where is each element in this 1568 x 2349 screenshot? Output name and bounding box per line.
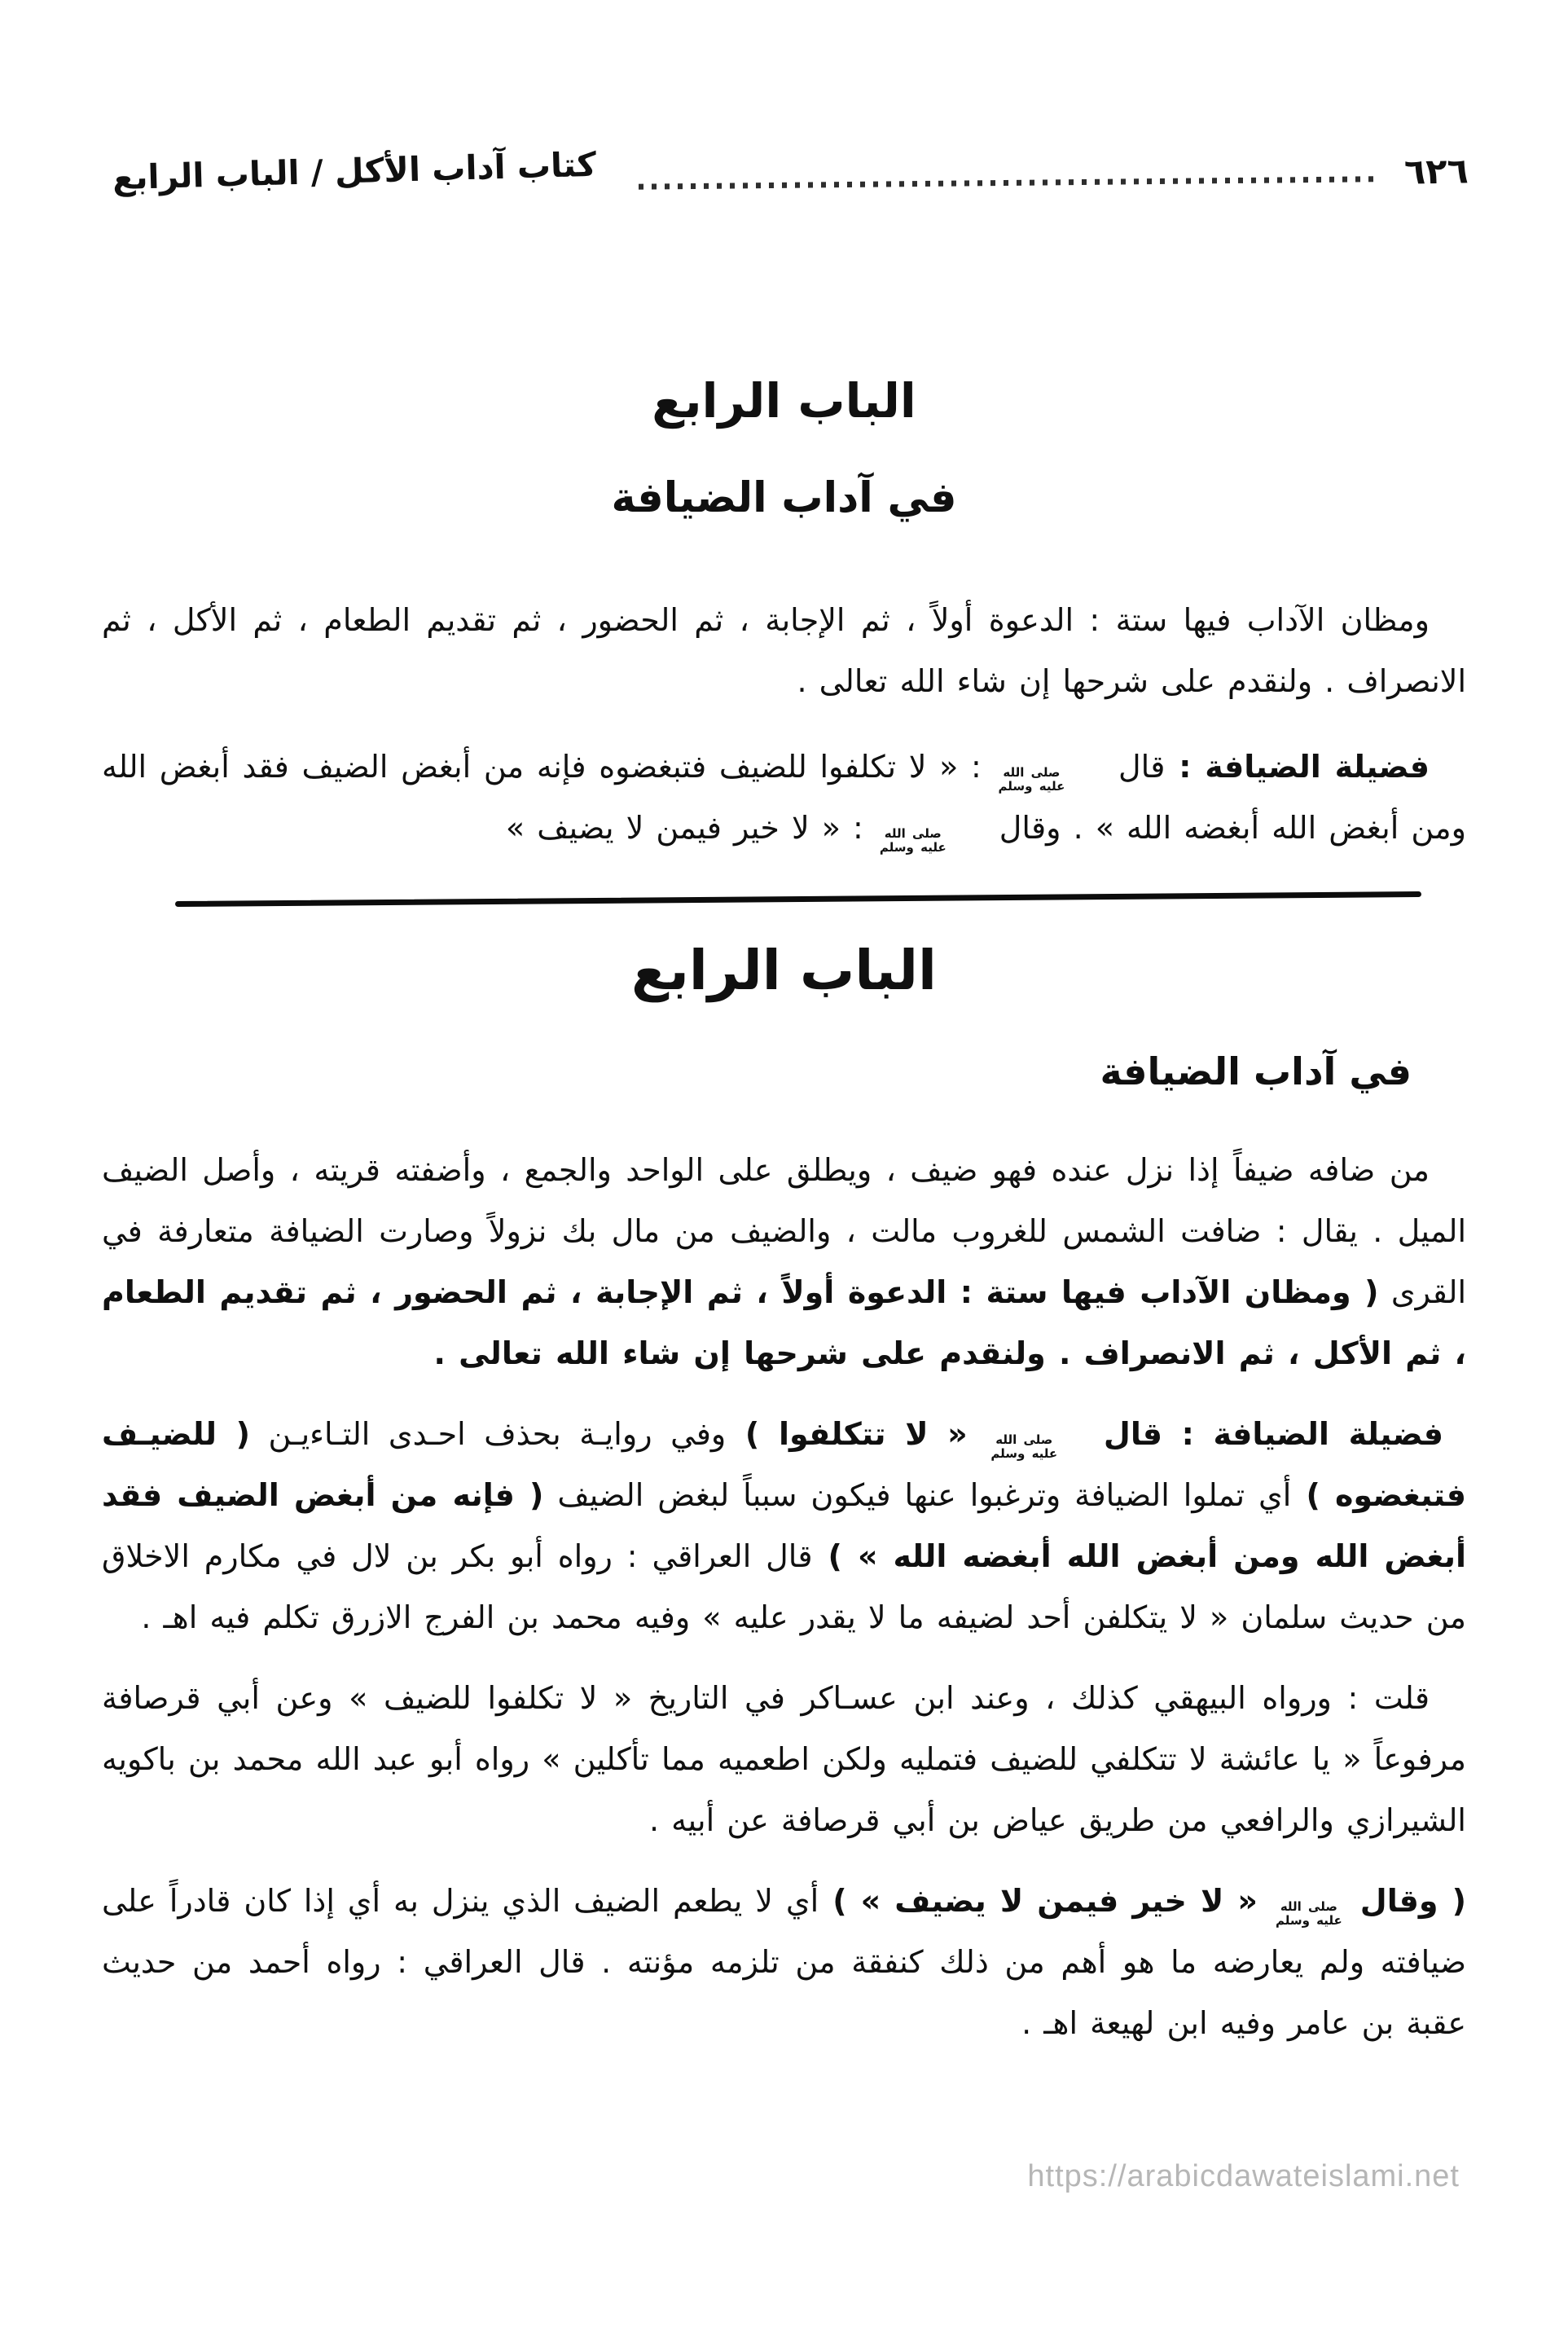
matn-paragraph-fadila: فضيلة الضيافة : قال صلى اللهعليه وسلم : …: [102, 737, 1466, 859]
commentary-paragraph-qultu: قلت : ورواه البيهقي كذلك ، وعند ابن عسـا…: [102, 1668, 1466, 1851]
sallallahu-alayhi-wasallam-mark: صلى اللهعليه وسلم: [1276, 1900, 1342, 1928]
honorific-line: صلى الله: [990, 1433, 1080, 1447]
honorific-line: عليه وسلم: [1276, 1914, 1342, 1928]
sallallahu-alayhi-wasallam-mark: صلى اللهعليه وسلم: [990, 1433, 1080, 1461]
sallallahu-alayhi-wasallam-mark: صلى اللهعليه وسلم: [880, 827, 983, 855]
chapter-subtitle: في آداب الضيافة: [0, 461, 1568, 536]
honorific-line: صلى الله: [1276, 1900, 1342, 1914]
matn-paragraph-adab: ومظان الآداب فيها ستة : الدعوة أولاً ، ث…: [102, 590, 1466, 712]
commentary-chapter-title: الباب الرابع: [0, 923, 1568, 1018]
running-header-title: كتاب آداب الأكل / الباب الرابع: [112, 145, 596, 198]
page-number: ٦٢٦: [1404, 151, 1469, 192]
text-run: : « لا خير فيمن لا يضيف »: [506, 810, 876, 846]
sallallahu-alayhi-wasallam-mark: صلى اللهعليه وسلم: [999, 766, 1102, 794]
commentary-paragraph-fadila: فضيلة الضيافة : قال صلى اللهعليه وسلم « …: [102, 1404, 1466, 1648]
commentary-chapter-subtitle: في آداب الضيافة: [0, 1037, 1412, 1106]
honorific-line: عليه وسلم: [990, 1447, 1080, 1461]
text-run-bold: « لا تتكلفوا ): [726, 1416, 986, 1452]
chapter-title: الباب الرابع: [0, 362, 1568, 440]
text-run: وفي روايـة بحذف احـدى التـاءيـن: [250, 1416, 726, 1452]
text-run-bold: ( ومظان الآداب فيها ستة : الدعوة أولاً ،…: [102, 1274, 1466, 1371]
honorific-line: عليه وسلم: [999, 780, 1102, 794]
text-run: ومظان الآداب فيها ستة : الدعوة أولاً ، ث…: [102, 602, 1466, 699]
commentary-paragraph-dayf: من ضافه ضيفاً إذا نزل عنده فهو ضيف ، ويط…: [102, 1140, 1466, 1384]
text-run-bold: « لا خير فيمن لا يضيف » ): [819, 1883, 1272, 1919]
text-run-bold: فضيلة الضيافة : قال: [1084, 1416, 1443, 1452]
honorific-line: صلى الله: [880, 827, 983, 841]
text-run: قلت : ورواه البيهقي كذلك ، وعند ابن عسـا…: [102, 1680, 1466, 1838]
running-header: ٦٢٦ كتاب آداب الأكل / الباب الرابع: [0, 0, 1568, 192]
scanned-book-page: ٦٢٦ كتاب آداب الأكل / الباب الرابع الباب…: [0, 0, 1568, 2349]
watermark-url: https://arabicdawateislami.net: [1027, 2159, 1460, 2194]
text-run-bold: ( وقال: [1346, 1883, 1466, 1919]
dots-leader: [634, 176, 1373, 190]
section-divider-rule: [175, 891, 1421, 907]
honorific-line: صلى الله: [999, 766, 1102, 780]
text-run: أي تملوا الضيافة وترغبوا عنها فيكون سببا…: [543, 1477, 1291, 1513]
text-run: قال: [1105, 749, 1165, 785]
commentary-paragraph-lakhayr: ( وقال صلى اللهعليه وسلم « لا خير فيمن ل…: [102, 1871, 1466, 2054]
honorific-line: عليه وسلم: [880, 841, 983, 855]
text-run-bold: فضيلة الضيافة :: [1165, 749, 1430, 785]
